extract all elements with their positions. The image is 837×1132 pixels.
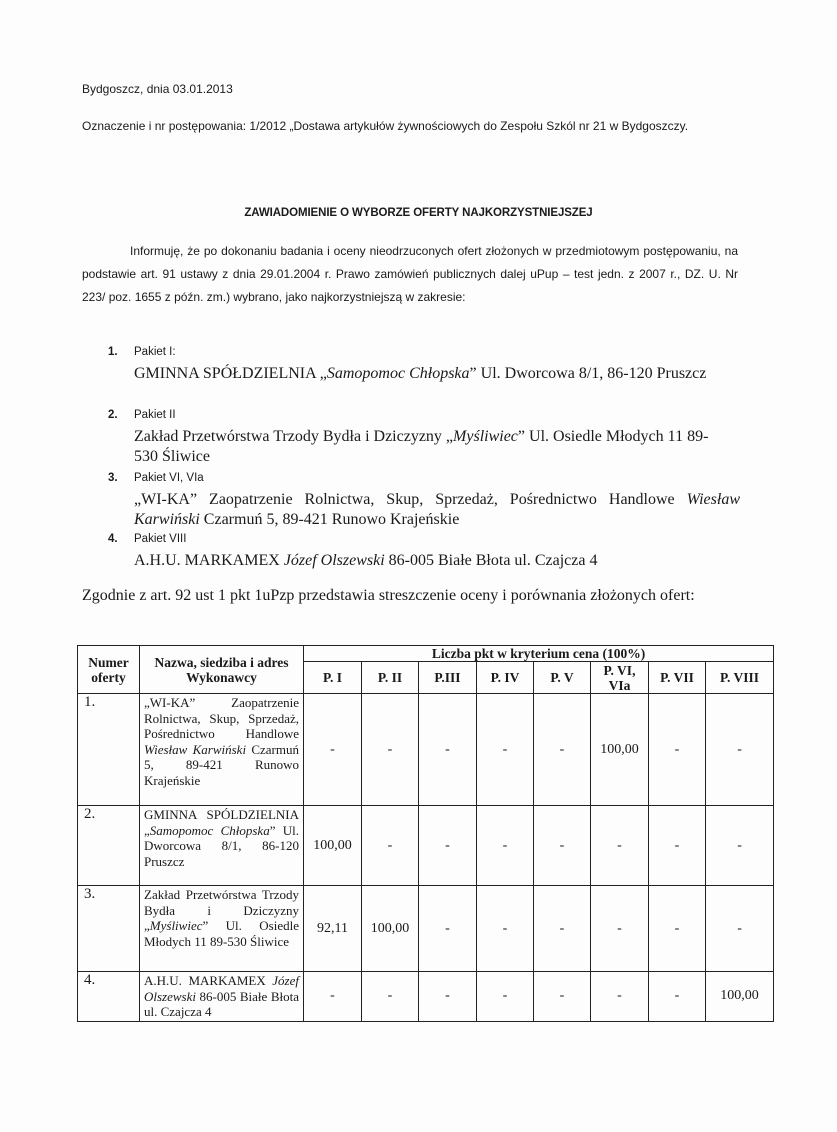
winner-name-italic: Myśliwiec <box>453 428 518 445</box>
score-cell: - <box>304 694 362 806</box>
score-cell: - <box>534 806 591 886</box>
winner-name-italic: Józef Olszewski <box>284 552 385 569</box>
score-cell: - <box>362 806 419 886</box>
score-cell: - <box>362 694 419 806</box>
offer-number: 4. <box>78 972 140 1022</box>
score-cell: - <box>477 806 534 886</box>
score-cell: 100,00 <box>591 694 649 806</box>
package-label: Pakiet VIII <box>134 533 186 545</box>
score-cell: 100,00 <box>706 972 774 1022</box>
header-package: P. I <box>304 662 362 694</box>
score-cell: - <box>419 972 477 1022</box>
offer-number: 2. <box>78 806 140 886</box>
table-row: 4.A.H.U. MARKAMEX Józef Olszewski 86-005… <box>78 972 774 1022</box>
score-cell: 100,00 <box>304 806 362 886</box>
contractor-cell: „WI-KA” Zaopatrzenie Rolnictwa, Skup, Sp… <box>140 694 304 806</box>
contractor-owner: Wiesław Karwiński <box>144 742 246 757</box>
table-row: 3.Zakład Przetwórstwa Trzody Bydła i Dzi… <box>78 886 774 972</box>
header-package: P. II <box>362 662 419 694</box>
winner-name: GMINNA SPÓŁDZIELNIA „ <box>134 365 327 382</box>
score-cell: - <box>649 694 706 806</box>
offer-number: 3. <box>78 886 140 972</box>
score-cell: - <box>534 886 591 972</box>
score-cell: - <box>706 886 774 972</box>
score-cell: - <box>591 972 649 1022</box>
table-body: 1.„WI-KA” Zaopatrzenie Rolnictwa, Skup, … <box>78 694 774 1022</box>
header-package: P. IV <box>477 662 534 694</box>
score-cell: - <box>477 886 534 972</box>
winner-address: 86-005 Białe Błota ul. Czajcza 4 <box>385 552 598 569</box>
intro-text: Informuję, że po dokonaniu badania i oce… <box>82 244 738 304</box>
header-price-criterion: Liczba pkt w kryterium cena (100%) <box>304 646 774 662</box>
score-cell: - <box>304 972 362 1022</box>
contractor-cell: GMINNA SPÓLDZIELNIA „Samopomoc Chłopska”… <box>140 806 304 886</box>
contractor-cell: Zakład Przetwórstwa Trzody Bydła i Dzicz… <box>140 886 304 972</box>
package-label: Pakiet I: <box>134 346 176 358</box>
winner-name-italic: Samopomoc Chłopska <box>327 365 470 382</box>
package-winner: A.H.U. MARKAMEX Józef Olszewski 86-005 B… <box>134 551 740 571</box>
contractor-owner: Samopomoc Chłopska <box>150 823 270 838</box>
package-label: Pakiet II <box>134 409 176 421</box>
winner-name: A.H.U. MARKAMEX <box>134 552 284 569</box>
score-cell: - <box>362 972 419 1022</box>
header-package: P. VIII <box>706 662 774 694</box>
document-title: ZAWIADOMIENIE O WYBORZE OFERTY NAJKORZYS… <box>0 207 837 219</box>
winner-name: Zakład Przetwórstwa Trzody Bydła i Dzicz… <box>134 428 453 445</box>
score-cell: - <box>477 972 534 1022</box>
header-package: P.III <box>419 662 477 694</box>
score-cell: - <box>419 886 477 972</box>
score-cell: - <box>591 806 649 886</box>
score-cell: - <box>649 972 706 1022</box>
package-number: 4. <box>108 533 118 545</box>
offer-number: 1. <box>78 694 140 806</box>
score-cell: - <box>649 806 706 886</box>
offers-score-table: Numer oferty Nazwa, siedziba i adres Wyk… <box>77 645 774 1022</box>
score-cell: - <box>419 806 477 886</box>
intro-paragraph: Informuję, że po dokonaniu badania i oce… <box>82 240 738 309</box>
package-number: 3. <box>108 472 118 484</box>
procedure-reference: Oznaczenie i nr postępowania: 1/2012 „Do… <box>82 116 722 137</box>
package-label: Pakiet VI, VIa <box>134 472 204 484</box>
score-cell: - <box>706 694 774 806</box>
contractor-text: „WI-KA” Zaopatrzenie Rolnictwa, Skup, Sp… <box>144 695 299 741</box>
score-cell: - <box>534 694 591 806</box>
score-cell: - <box>706 806 774 886</box>
contractor-cell: A.H.U. MARKAMEX Józef Olszewski 86-005 B… <box>140 972 304 1022</box>
header-package: P. VII <box>649 662 706 694</box>
contractor-text: A.H.U. MARKAMEX <box>144 973 272 988</box>
score-cell: - <box>477 694 534 806</box>
header-contractor: Nazwa, siedziba i adres Wykonawcy <box>140 646 304 694</box>
winner-name: „WI-KA” Zaopatrzenie Rolnictwa, Skup, Sp… <box>134 491 687 508</box>
score-cell: - <box>649 886 706 972</box>
table-row: 2.GMINNA SPÓLDZIELNIA „Samopomoc Chłopsk… <box>78 806 774 886</box>
package-winner: GMINNA SPÓŁDZIELNIA „Samopomoc Chłopska”… <box>134 364 740 384</box>
score-cell: 92,11 <box>304 886 362 972</box>
package-winner: „WI-KA” Zaopatrzenie Rolnictwa, Skup, Sp… <box>134 490 740 530</box>
score-cell: - <box>419 694 477 806</box>
header-offer-number: Numer oferty <box>78 646 140 694</box>
contractor-owner: Myśliwiec <box>150 918 203 933</box>
score-cell: - <box>534 972 591 1022</box>
winner-address: ” Ul. Dworcowa 8/1, 86-120 Pruszcz <box>470 365 707 382</box>
package-number: 1. <box>108 346 118 358</box>
score-cell: - <box>591 886 649 972</box>
score-cell: 100,00 <box>362 886 419 972</box>
table-row: 1.„WI-KA” Zaopatrzenie Rolnictwa, Skup, … <box>78 694 774 806</box>
summary-paragraph: Zgodnie z art. 92 ust 1 pkt 1uPzp przeds… <box>82 585 740 607</box>
package-number: 2. <box>108 409 118 421</box>
place-date: Bydgoszcz, dnia 03.01.2013 <box>82 82 233 96</box>
package-winner: Zakład Przetwórstwa Trzody Bydła i Dzicz… <box>134 427 714 467</box>
header-package: P. VI, VIa <box>591 662 649 694</box>
header-package: P. V <box>534 662 591 694</box>
winner-address: Czarmuń 5, 89-421 Runowo Krajeńskie <box>200 511 460 528</box>
